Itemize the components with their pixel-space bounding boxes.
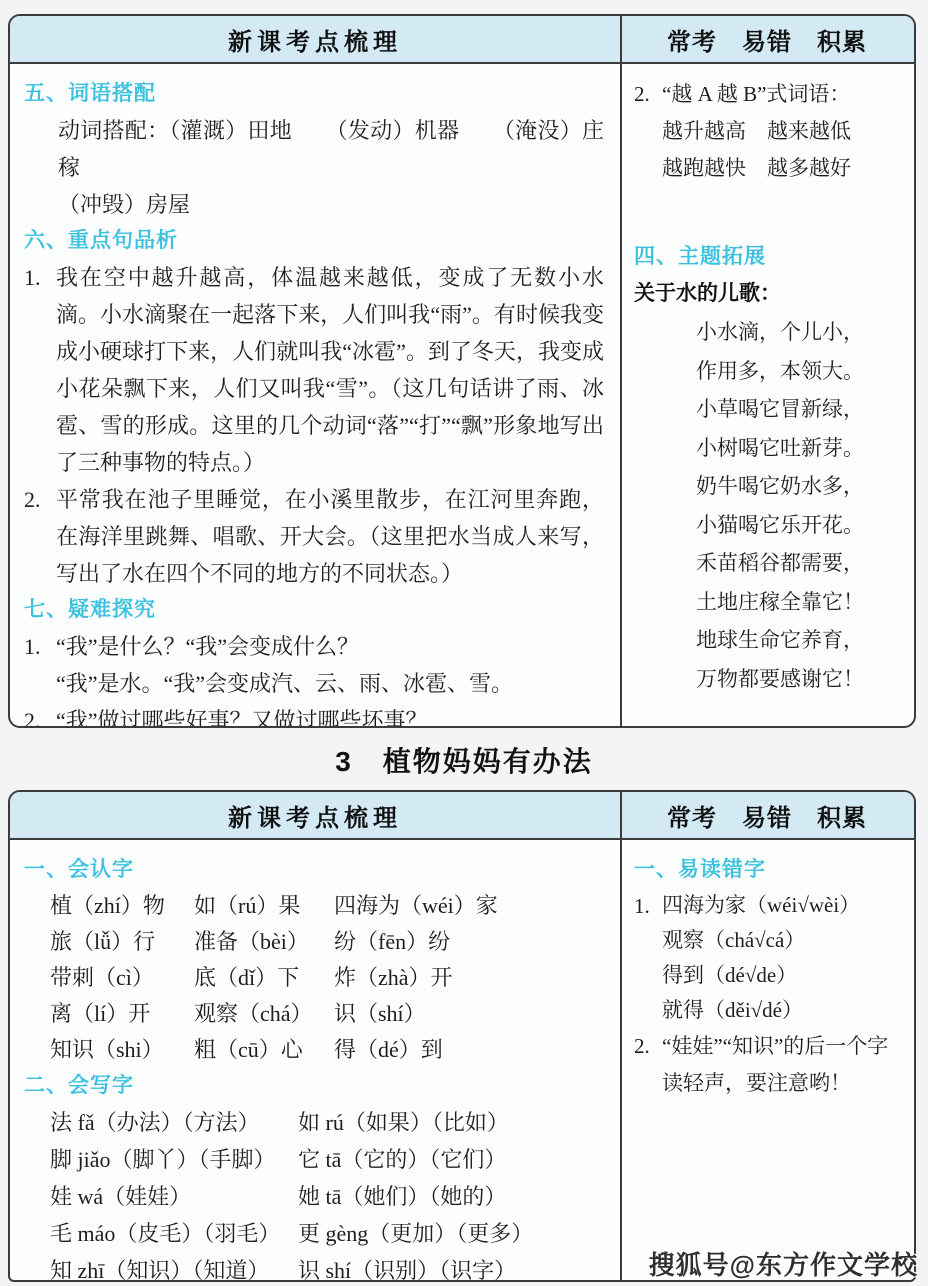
section-1-title: 一、会认字 [24,852,604,888]
misread-line: 就得（děi√dé） [662,993,904,1028]
renzi-cell: 识（shí） [334,996,604,1032]
water-rhyme-subtitle: 关于水的儿歌： [634,275,904,313]
key-sentence-item-1: 1. 我在空中越升越高，体温越来越低，变成了无数小水滴。小水滴聚在一起落下来，人… [24,259,604,481]
poem-line: 小草喝它冒新绿， [696,390,904,429]
renzi-cell: 四海为（wéi）家 [334,888,604,924]
xiezi-cell: 她 tā（她们）（她的） [298,1178,604,1215]
misread-characters-title: 一、易读错字 [634,852,904,888]
poem-line: 作用多，本领大。 [696,352,904,391]
inquiry-2-question: “我”做过哪些好事？又做过哪些坏事？ [56,702,604,728]
misread-line: 四海为家（wéi√wèi） [662,888,904,923]
table2-right-column: 一、易读错字 1. 四海为家（wéi√wèi） 观察（chá√cá） 得到（dé… [620,840,914,1280]
section-6-title: 六、重点句品析 [24,223,604,259]
table1-body: 五、词语搭配 动词搭配：（灌溉）田地 （发动）机器 （淹没）庄稼 （冲毁）房屋 … [10,64,914,726]
xiezi-cell: 知 zhī（知识）（知道） [50,1252,298,1282]
review-table-water-lesson: 新课考点梳理 常考 易错 积累 五、词语搭配 动词搭配：（灌溉）田地 （发动）机… [8,14,916,728]
inquiry-1-answer: “我”是水。“我”会变成汽、云、雨、冰雹、雪。 [56,665,604,702]
key-sentence-item-2: 2. 平常我在池子里睡觉，在小溪里散步，在江河里奔跑，在海洋里跳舞、唱歌、开大会… [24,481,604,592]
xiezi-cell: 更 gèng（更加）（更多） [298,1215,604,1252]
renzi-cell: 准备（bèi） [194,924,334,960]
xiezi-cell: 法 fǎ（办法）（方法） [50,1104,298,1141]
xiezi-cell: 毛 máo（皮毛）（羽毛） [50,1215,298,1252]
study-guide-page: { "colors": { "accent_cyan": "#3BC1E0", … [0,0,928,1286]
table2-body: 一、会认字 植（zhí）物 如（rú）果 四海为（wéi）家 旅（lǚ）行 准备… [10,840,914,1280]
yue-pattern-title: “越 A 越 B”式词语： [662,76,904,113]
renzi-cell: 得（dé）到 [334,1032,604,1068]
lesson-title: 3 植物妈妈有办法 [0,740,928,780]
poem-line: 奶牛喝它奶水多， [696,467,904,506]
inquiry-1-text: “我”是什么？“我”会变成什么？ “我”是水。“我”会变成汽、云、雨、冰雹、雪。 [56,628,604,702]
poem-line: 禾苗稻谷都需要， [696,544,904,583]
renzi-cell: 植（zhí）物 [50,888,194,924]
table1-header-left: 新课考点梳理 [10,22,620,57]
renzi-cell: 离（lí）开 [50,996,194,1032]
item-number: 1. [24,628,56,702]
item-number: 2. [24,481,56,592]
misread-item-1-lines: 四海为家（wéi√wèi） 观察（chá√cá） 得到（dé√de） 就得（dě… [662,888,904,1028]
renzi-cell: 粗（cū）心 [194,1032,334,1068]
misread-item-2: 2. “娃娃”“知识”的后一个字读轻声，要注意哟！ [634,1028,904,1102]
write-characters-grid: 法 fǎ（办法）（方法） 如 rú（如果）（比如） 脚 jiǎo（脚丫）（手脚）… [50,1104,604,1282]
poem-line: 小水滴，个儿小， [696,313,904,352]
verb-pairing-line2: （冲毁）房屋 [58,186,604,223]
key-sentence-2-text: 平常我在池子里睡觉，在小溪里散步，在江河里奔跑，在海洋里跳舞、唱歌、开大会。（这… [56,481,604,592]
yue-pattern-row1: 越升越高 越来越低 [662,113,904,150]
table1-left-column: 五、词语搭配 动词搭配：（灌溉）田地 （发动）机器 （淹没）庄稼 （冲毁）房屋 … [10,64,620,726]
inquiry-1-question: “我”是什么？“我”会变成什么？ [56,628,604,665]
renzi-cell: 带刺（cì） [50,960,194,996]
renzi-cell: 炸（zhà）开 [334,960,604,996]
item-number: 1. [634,888,662,1028]
column-divider [620,792,622,1280]
misread-line: 观察（chá√cá） [662,923,904,958]
table2-left-column: 一、会认字 植（zhí）物 如（rú）果 四海为（wéi）家 旅（lǚ）行 准备… [10,840,620,1280]
item-number: 1. [24,259,56,481]
renzi-cell: 纷（fēn）纷 [334,924,604,960]
verb-pairing-line1: 动词搭配：（灌溉）田地 （发动）机器 （淹没）庄稼 [58,112,604,186]
poem-line: 小树喝它吐新芽。 [696,429,904,468]
sohu-watermark: 搜狐号@东方作文学校 [649,1245,918,1282]
xiezi-cell: 脚 jiǎo（脚丫）（手脚） [50,1141,298,1178]
item-number: 2. [24,702,56,728]
inquiry-item-1: 1. “我”是什么？“我”会变成什么？ “我”是水。“我”会变成汽、云、雨、冰雹… [24,628,604,702]
renzi-cell: 旅（lǚ）行 [50,924,194,960]
inquiry-item-2: 2. “我”做过哪些好事？又做过哪些坏事？ 好事：灌溉田地，发动机器，帮助人们工… [24,702,604,728]
section-5-title: 五、词语搭配 [24,76,604,112]
table1-header-right: 常考 易错 积累 [620,22,914,57]
poem-line: 万物都要感谢它！ [696,660,904,699]
renzi-cell: 底（dǐ）下 [194,960,334,996]
water-rhyme-poem: 小水滴，个儿小， 作用多，本领大。 小草喝它冒新绿， 小树喝它吐新芽。 奶牛喝它… [696,313,904,698]
poem-line: 地球生命它养育， [696,621,904,660]
item-number: 2. [634,1028,662,1102]
xiezi-cell: 如 rú（如果）（比如） [298,1104,604,1141]
section-4-title: 四、主题拓展 [634,239,904,275]
renzi-cell: 观察（chá） [194,996,334,1032]
misread-line: 得到（dé√de） [662,958,904,993]
xiezi-cell: 识 shí（识别）（识字） [298,1252,604,1282]
misread-item-1: 1. 四海为家（wéi√wèi） 观察（chá√cá） 得到（dé√de） 就得… [634,888,904,1028]
xiezi-cell: 它 tā（它的）（它们） [298,1141,604,1178]
table1-header-row: 新课考点梳理 常考 易错 积累 [10,16,914,64]
item-number: 2. [634,76,662,187]
renzi-cell: 知识（shi） [50,1032,194,1068]
recognize-characters-grid: 植（zhí）物 如（rú）果 四海为（wéi）家 旅（lǚ）行 准备（bèi） … [50,888,604,1068]
poem-line: 小猫喝它乐开花。 [696,506,904,545]
table2-header-left: 新课考点梳理 [10,798,620,833]
poem-line: 土地庄稼全靠它！ [696,583,904,622]
section-2-title: 二、会写字 [24,1068,604,1104]
yue-pattern-text: “越 A 越 B”式词语： 越升越高 越来越低 越跑越快 越多越好 [662,76,904,187]
review-table-plant-lesson: 新课考点梳理 常考 易错 积累 一、会认字 植（zhí）物 如（rú）果 四海为… [8,790,916,1282]
yue-pattern-row2: 越跑越快 越多越好 [662,150,904,187]
section-7-title: 七、疑难探究 [24,592,604,628]
yue-pattern-item: 2. “越 A 越 B”式词语： 越升越高 越来越低 越跑越快 越多越好 [634,76,904,187]
column-divider [620,16,622,726]
inquiry-2-text: “我”做过哪些好事？又做过哪些坏事？ 好事：灌溉田地，发动机器，帮助人们工作。坏… [56,702,604,728]
renzi-cell: 如（rú）果 [194,888,334,924]
key-sentence-1-text: 我在空中越升越高，体温越来越低，变成了无数小水滴。小水滴聚在一起落下来，人们叫我… [56,259,604,481]
table1-right-column: 2. “越 A 越 B”式词语： 越升越高 越来越低 越跑越快 越多越好 四、主… [620,64,914,726]
misread-item-2-text: “娃娃”“知识”的后一个字读轻声，要注意哟！ [662,1028,904,1102]
xiezi-cell: 娃 wá（娃娃） [50,1178,298,1215]
spacer [634,187,904,239]
table2-header-row: 新课考点梳理 常考 易错 积累 [10,792,914,840]
table2-header-right: 常考 易错 积累 [620,798,914,833]
